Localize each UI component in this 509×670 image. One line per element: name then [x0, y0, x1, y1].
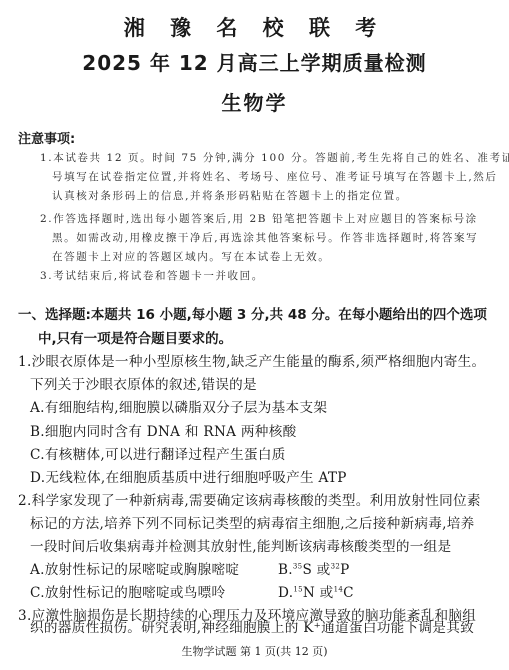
notice-line: 2.作答选择题时,选出每小题答案后,用 2B 铅笔把答题卡上对应题目的答案标号涂	[40, 211, 478, 226]
notice-line: 认真核对条形码上的信息,并将条形码粘贴在答题卡上的指定位置。	[52, 188, 408, 203]
isotope-mass: 14	[334, 585, 344, 593]
isotope-element: S 或	[302, 562, 330, 578]
isotope-element: P	[340, 562, 349, 578]
question-2-stem: 2.科学家发现了一种新病毒,需要确定该病毒核酸的类型。利用放射性同位素	[18, 489, 481, 509]
question-2-stem: 一段时间后收集病毒并检测其放射性,能判断该病毒核酸类型的一组是	[30, 535, 451, 555]
option-prefix: D.	[278, 585, 293, 601]
question-2-option-a: A.放射性标记的尿嘧啶或胸腺嘧啶	[30, 558, 239, 578]
question-1-stem: 下列关于沙眼衣原体的叙述,错误的是	[30, 373, 257, 393]
question-2-option-d: D.15N 或14C	[278, 581, 354, 601]
question-2-option-c: C.放射性标记的胞嘧啶或鸟嘌呤	[30, 581, 225, 601]
question-2-stem: 标记的方法,培养下列不同标记类型的病毒宿主细胞,之后接种新病毒,培养	[30, 512, 475, 532]
section-heading-cont: 中,只有一项是符合题目要求的。	[38, 327, 232, 347]
notice-line: 黑。如需改动,用橡皮擦干净后,再选涂其他答案标号。作答非选择题时,将答案写	[52, 230, 478, 245]
isotope-element: N 或	[303, 585, 334, 601]
isotope-mass: 35	[293, 562, 303, 570]
notice-line: 3.考试结束后,将试卷和答题卡一并收回。	[40, 268, 264, 283]
question-1-option-d: D.无线粒体,在细胞质基质中进行细胞呼吸产生 ATP	[30, 466, 347, 486]
exam-session-title: 2025 年 12 月高三上学期质量检测	[0, 47, 509, 76]
question-2-option-b: B.35S 或32P	[278, 558, 350, 578]
notice-line: 在答题卡上对应的答题区域内。写在本试卷上无效。	[52, 249, 330, 264]
question-1-option-a: A.有细胞结构,细胞膜以磷脂双分子层为基本支架	[30, 396, 327, 416]
question-1-option-c: C.有核糖体,可以进行翻译过程产生蛋白质	[30, 443, 286, 463]
notice-line: 1.本试卷共 12 页。时间 75 分钟,满分 100 分。答题前,考生先将自己…	[40, 150, 509, 165]
isotope-mass: 15	[293, 585, 303, 593]
page-footer: 生物学试题 第 1 页(共 12 页)	[0, 643, 509, 659]
question-1-option-b: B.细胞内同时含有 DNA 和 RNA 两种核酸	[30, 420, 296, 440]
subject-title: 生物学	[0, 87, 509, 116]
exam-union-title: 湘 豫 名 校 联 考	[0, 12, 509, 42]
option-prefix: B.	[278, 562, 293, 578]
notice-line: 号填写在试卷指定位置,并将姓名、考场号、座位号、准考证号填写在答题卡上,然后	[52, 169, 497, 184]
question-3-stem: 织的器质性损伤。研究表明,神经细胞膜上的 K⁺通道蛋白功能下调是其致	[30, 616, 474, 636]
isotope-mass: 32	[331, 562, 341, 570]
section-heading: 一、选择题:本题共 16 小题,每小题 3 分,共 48 分。在每小题给出的四个…	[18, 303, 487, 323]
notice-heading: 注意事项:	[18, 128, 75, 147]
isotope-element: C	[343, 585, 354, 601]
question-1-stem: 1.沙眼衣原体是一种小型原核生物,缺乏产生能量的酶系,须严格细胞内寄生。	[18, 350, 485, 370]
